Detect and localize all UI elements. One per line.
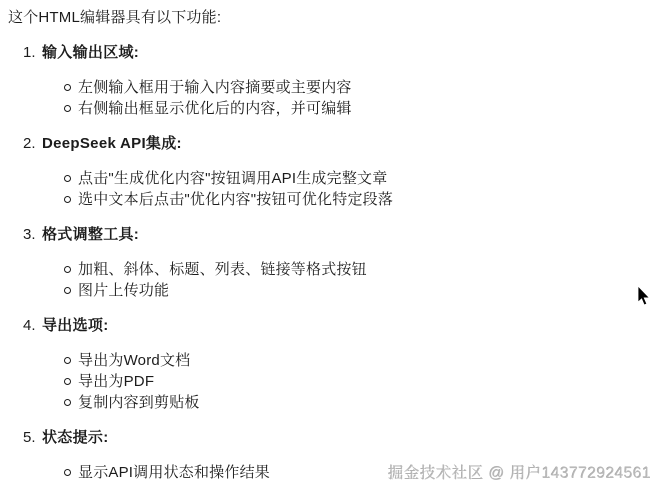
sub-item-text: 显示API调用状态和操作结果: [78, 464, 270, 481]
list-item-heading: 2.DeepSeek API集成:: [23, 133, 653, 154]
list-item-heading: 1.输入输出区域:: [23, 42, 653, 63]
item-heading-text: 导出选项:: [42, 317, 109, 334]
mouse-cursor-icon: [637, 286, 651, 306]
list-item: 1.输入输出区域: 左侧输入框用于输入内容摘要或主要内容 右侧输出框显示优化后的…: [23, 42, 653, 119]
circle-bullet-icon: [64, 469, 71, 476]
item-number: 3.: [23, 224, 42, 245]
item-number: 4.: [23, 315, 42, 336]
sub-list-item: 导出为Word文档: [78, 350, 653, 371]
sub-item-text: 点击"生成优化内容"按钮调用API生成完整文章: [78, 170, 387, 187]
circle-bullet-icon: [64, 399, 71, 406]
list-item: 4.导出选项: 导出为Word文档 导出为PDF 复制内容到剪贴板: [23, 315, 653, 413]
sub-list: 加粗、斜体、标题、列表、链接等格式按钮 图片上传功能: [23, 259, 653, 301]
list-item-heading: 4.导出选项:: [23, 315, 653, 336]
sub-item-text: 加粗、斜体、标题、列表、链接等格式按钮: [78, 261, 367, 278]
sub-list-item: 右侧输出框显示优化后的内容，并可编辑: [78, 98, 653, 119]
circle-bullet-icon: [64, 196, 71, 203]
list-item-heading: 3.格式调整工具:: [23, 224, 653, 245]
sub-list-item: 导出为PDF: [78, 371, 653, 392]
item-heading-text: 格式调整工具:: [42, 226, 139, 243]
list-item: 3.格式调整工具: 加粗、斜体、标题、列表、链接等格式按钮 图片上传功能: [23, 224, 653, 301]
list-item-heading: 5.状态提示:: [23, 427, 653, 448]
list-item: 2.DeepSeek API集成: 点击"生成优化内容"按钮调用API生成完整文…: [23, 133, 653, 210]
sub-item-text: 右侧输出框显示优化后的内容，并可编辑: [78, 100, 352, 117]
watermark: 掘金技术社区 @ 用户143772924561: [388, 464, 651, 484]
sub-list-item: 选中文本后点击"优化内容"按钮可优化特定段落: [78, 189, 653, 210]
item-number: 2.: [23, 133, 42, 154]
sub-item-text: 左侧输入框用于输入内容摘要或主要内容: [78, 79, 352, 96]
sub-list-item: 加粗、斜体、标题、列表、链接等格式按钮: [78, 259, 653, 280]
page-title: 这个HTML编辑器具有以下功能:: [8, 8, 653, 28]
sub-item-text: 复制内容到剪贴板: [78, 394, 200, 411]
circle-bullet-icon: [64, 105, 71, 112]
sub-list-item: 点击"生成优化内容"按钮调用API生成完整文章: [78, 168, 653, 189]
sub-item-text: 图片上传功能: [78, 282, 169, 299]
feature-list: 1.输入输出区域: 左侧输入框用于输入内容摘要或主要内容 右侧输出框显示优化后的…: [8, 42, 653, 483]
item-heading-text: 输入输出区域:: [42, 44, 139, 61]
sub-list-item: 图片上传功能: [78, 280, 653, 301]
item-heading-text: 状态提示:: [42, 429, 109, 446]
sub-list-item: 左侧输入框用于输入内容摘要或主要内容: [78, 77, 653, 98]
sub-item-text: 导出为Word文档: [78, 352, 190, 369]
circle-bullet-icon: [64, 357, 71, 364]
item-heading-text: DeepSeek API集成:: [42, 135, 182, 152]
sub-item-text: 导出为PDF: [78, 373, 154, 390]
sub-list: 导出为Word文档 导出为PDF 复制内容到剪贴板: [23, 350, 653, 413]
item-number: 5.: [23, 427, 42, 448]
sub-list-item: 复制内容到剪贴板: [78, 392, 653, 413]
item-number: 1.: [23, 42, 42, 63]
sub-list: 左侧输入框用于输入内容摘要或主要内容 右侧输出框显示优化后的内容，并可编辑: [23, 77, 653, 119]
circle-bullet-icon: [64, 84, 71, 91]
circle-bullet-icon: [64, 378, 71, 385]
document-body: 这个HTML编辑器具有以下功能: 1.输入输出区域: 左侧输入框用于输入内容摘要…: [0, 0, 661, 483]
circle-bullet-icon: [64, 266, 71, 273]
circle-bullet-icon: [64, 175, 71, 182]
circle-bullet-icon: [64, 287, 71, 294]
sub-list: 点击"生成优化内容"按钮调用API生成完整文章 选中文本后点击"优化内容"按钮可…: [23, 168, 653, 210]
sub-item-text: 选中文本后点击"优化内容"按钮可优化特定段落: [78, 191, 393, 208]
